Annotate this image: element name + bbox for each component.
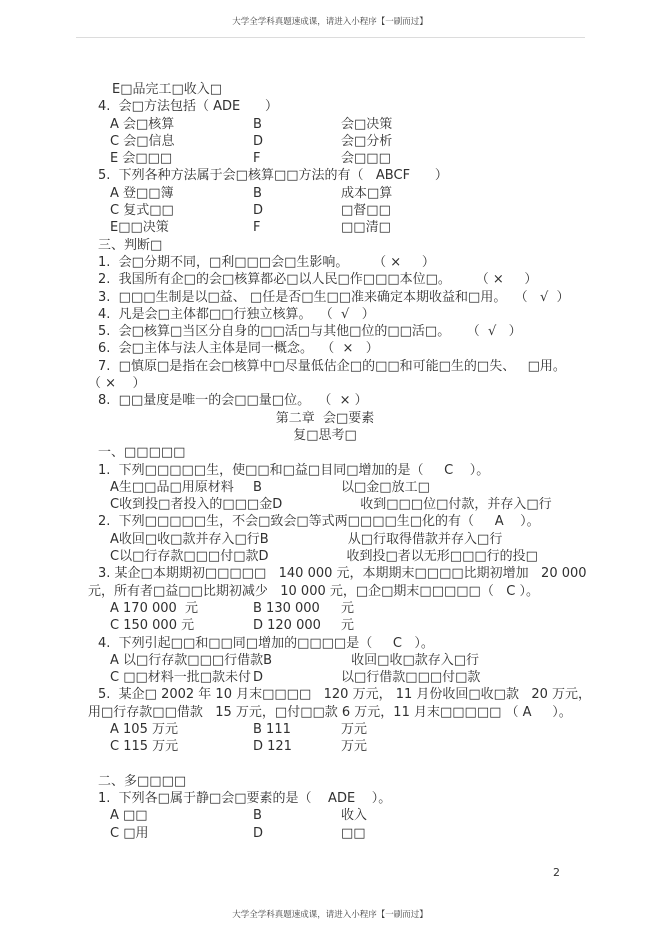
question-line: 5. 某企□ 2002 年 10 月末□□□□ 120 万元， 11 月份收回□…	[0, 686, 660, 703]
option-col-2: B	[253, 479, 341, 496]
option-col-1: A 170 000 元	[110, 600, 253, 617]
option-row: E 会□□□F会□□□	[0, 150, 660, 167]
option-col-3: 成本□算	[341, 185, 392, 202]
option-col-2: B	[253, 807, 341, 824]
question-line: 3. □□□生制是以□益、 □任是否□生□□准来确定本期收益和□用。 （ √ ）	[0, 289, 660, 306]
option-row: C 复式□□D□督□□	[0, 202, 660, 219]
header-text: 大学全学科真题速成课，请进入小程序【一刷而过】	[0, 15, 660, 27]
continuation-line: （ × ）	[0, 375, 660, 392]
option-row: A 170 000 元B 130 000元	[0, 600, 660, 617]
option-col-2: B 111	[253, 721, 341, 738]
option-col-1: A □□	[110, 807, 253, 824]
option-col-1: A 登□□簿	[110, 185, 253, 202]
option-row: C 115 万元D 121万元	[0, 738, 660, 755]
option-col-2: D	[259, 548, 347, 565]
option-col-3: 万元	[341, 721, 367, 738]
option-row: C收到投□者投入的□□□金D收到□□□位□付款，并存入□行	[0, 496, 660, 513]
option-col-1: E 会□□□	[110, 150, 253, 167]
option-row: E□□决策F□□清□	[0, 219, 660, 236]
option-col-2: D 121	[253, 738, 341, 755]
option-col-1: C □用	[110, 825, 253, 842]
page-number: 2	[553, 866, 560, 879]
option-col-3: 收回□收□款存入□行	[351, 652, 479, 669]
continuation-line: 元，所有者□益□□比期初减少 10 000 元，□企□期末□□□□□（ C ）。	[0, 583, 660, 600]
chapter-heading: 复□思考□	[0, 427, 660, 444]
section-heading: 一、□□□□□	[0, 444, 660, 461]
option-col-1: A 105 万元	[110, 721, 253, 738]
document-page: 大学全学科真题速成课，请进入小程序【一刷而过】 E□品完工□收入□4. 会□方法…	[0, 0, 660, 934]
option-row: A 登□□簿B成本□算	[0, 185, 660, 202]
option-col-1: A 会□核算	[110, 116, 253, 133]
option-col-2: D	[272, 496, 360, 513]
section-heading: 二、多□□□□	[0, 773, 660, 790]
option-col-3: □督□□	[341, 202, 391, 219]
option-col-2: B	[263, 652, 351, 669]
question-line: 4. 会□方法包括（ ADE ）	[0, 98, 660, 115]
option-col-1: A收回□收□款并存入□行	[110, 531, 260, 548]
option-col-3: 收到□□□位□付款，并存入□行	[360, 496, 551, 513]
option-col-1: A 以□行存款□□□行借款	[110, 652, 263, 669]
question-line: 7. □慎原□是指在会□核算中□尽量低估企□的□□和可能□生的□失、 □用。	[0, 358, 660, 375]
option-col-2: D	[253, 669, 341, 686]
question-line: 2. 我国所有企□的会□核算都必□以人民□作□□□本位□。 （ × ）	[0, 271, 660, 288]
option-col-2: B 130 000	[253, 600, 341, 617]
option-col-3: □□清□	[341, 219, 391, 236]
option-row: A 会□核算B会□决策	[0, 116, 660, 133]
continuation-line: 用□行存款□□借款 15 万元，□付□□款 6 万元，11 月末□□□□□ （ …	[0, 704, 660, 721]
option-row: A 105 万元B 111万元	[0, 721, 660, 738]
option-col-1: C 150 000 元	[110, 617, 253, 634]
question-line: 5. 下列各种方法属于会□核算□□方法的有（ ABCF ）	[0, 167, 660, 184]
option-col-2: B	[253, 185, 341, 202]
option-row: C □用D□□	[0, 825, 660, 842]
option-col-3: 从□行取得借款并存入□行	[348, 531, 503, 548]
question-line: 6. 会□主体与法人主体是同一概念。 （ × ）	[0, 340, 660, 357]
option-row: A □□B收入	[0, 807, 660, 824]
chapter-heading: 第二章 会□要素	[0, 410, 660, 427]
option-col-1: A生□□品□用原材料	[110, 479, 253, 496]
option-col-2: B	[260, 531, 348, 548]
option-col-2: D	[253, 825, 341, 842]
question-line: 1. 会□分期不同，□利□□□会□生影响。 （ × ）	[0, 254, 660, 271]
option-col-3: 元	[341, 617, 354, 634]
option-col-3: 会□决策	[341, 116, 392, 133]
question-line: 8. □□量度是唯一的会□□量□位。 （ × ）	[0, 392, 660, 409]
option-col-1: E□□决策	[110, 219, 253, 236]
option-col-3: 会□分析	[341, 133, 392, 150]
option-col-3: 万元	[341, 738, 367, 755]
option-line: E□品完工□收入□	[0, 81, 660, 98]
option-row: C 150 000 元D 120 000元	[0, 617, 660, 634]
blank-line	[0, 756, 660, 773]
option-col-2: F	[253, 150, 341, 167]
option-col-1: C收到投□者投入的□□□金	[110, 496, 272, 513]
option-col-1: C 115 万元	[110, 738, 253, 755]
option-row: C以□行存款□□□付□款D收到投□者以无形□□□行的投□	[0, 548, 660, 565]
option-col-3: □□	[341, 825, 366, 842]
question-line: 4. 下列引起□□和□□同□增加的□□□□是（ C ）。	[0, 635, 660, 652]
option-row: C 会□信息D会□分析	[0, 133, 660, 150]
header-divider	[76, 37, 585, 38]
question-line: 2. 下列□□□□□生，不会□致会□等式两□□□□生□化的有（ A ）。	[0, 513, 660, 530]
document-content: E□品完工□收入□4. 会□方法包括（ ADE ）A 会□核算B会□决策C 会□…	[0, 81, 660, 842]
option-col-1: C 复式□□	[110, 202, 253, 219]
option-row: A 以□行存款□□□行借款B收回□收□款存入□行	[0, 652, 660, 669]
option-col-1: C □□材料一批□款未付	[110, 669, 253, 686]
option-col-2: D	[253, 202, 341, 219]
question-line: 1. 下列各□属于静□会□要素的是（ ADE ）。	[0, 790, 660, 807]
option-col-2: F	[253, 219, 341, 236]
option-col-3: 收入	[341, 807, 367, 824]
option-row: C □□材料一批□款未付D以□行借款□□□付□款	[0, 669, 660, 686]
option-col-3: 以□金□放工□	[341, 479, 430, 496]
question-line: 5. 会□核算□当区分自身的□□活□与其他□位的□□活□。 （ √ ）	[0, 323, 660, 340]
question-line: 1. 下列□□□□□生，使□□和□益□目同□增加的是（ C ）。	[0, 462, 660, 479]
option-col-2: D 120 000	[253, 617, 341, 634]
footer-text: 大学全学科真题速成课，请进入小程序【一刷而过】	[0, 908, 660, 920]
option-col-3: 以□行借款□□□付□款	[341, 669, 480, 686]
option-col-2: B	[253, 116, 341, 133]
option-col-3: 元	[341, 600, 354, 617]
option-col-3: 收到投□者以无形□□□行的投□	[347, 548, 538, 565]
question-line: 4. 凡是会□主体都□□行独立核算。 （ √ ）	[0, 306, 660, 323]
option-row: A收回□收□款并存入□行B从□行取得借款并存入□行	[0, 531, 660, 548]
option-col-1: C 会□信息	[110, 133, 253, 150]
option-col-1: C以□行存款□□□付□款	[110, 548, 259, 565]
option-row: A生□□品□用原材料B以□金□放工□	[0, 479, 660, 496]
section-heading: 三、判断□	[0, 237, 660, 254]
option-col-3: 会□□□	[341, 150, 391, 167]
question-line: 3. 某企□本期期初□□□□□ 140 000 元，本期期末□□□□比期初增加 …	[0, 565, 660, 582]
option-col-2: D	[253, 133, 341, 150]
